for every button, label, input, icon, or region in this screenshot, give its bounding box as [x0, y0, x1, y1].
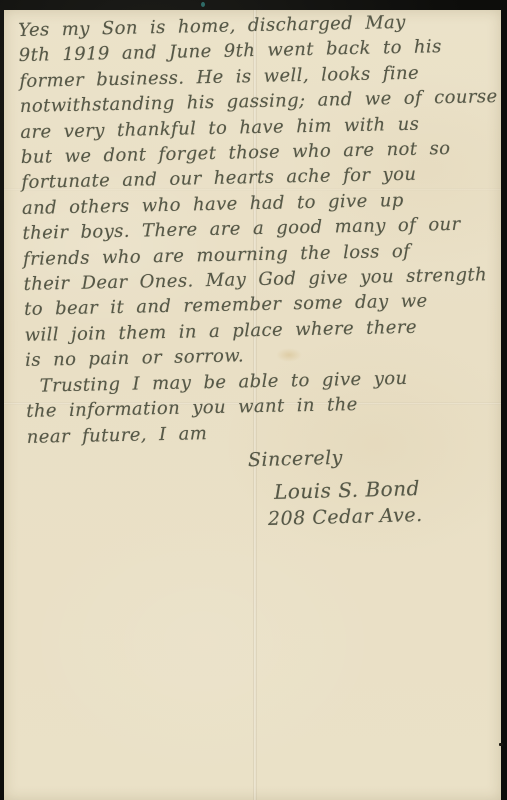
dust-speck — [201, 2, 205, 7]
edge-speck — [499, 743, 503, 746]
scanner-background: Yes my Son is home, discharged May 9th 1… — [0, 0, 507, 800]
letter-address: 208 Cedar Ave. — [268, 504, 423, 530]
letter-signature: Louis S. Bond — [274, 476, 420, 504]
letter-page: Yes my Son is home, discharged May 9th 1… — [4, 10, 501, 800]
letter-body: Yes my Son is home, discharged May 9th 1… — [18, 8, 504, 450]
letter-closing: Sincerely — [248, 447, 343, 471]
